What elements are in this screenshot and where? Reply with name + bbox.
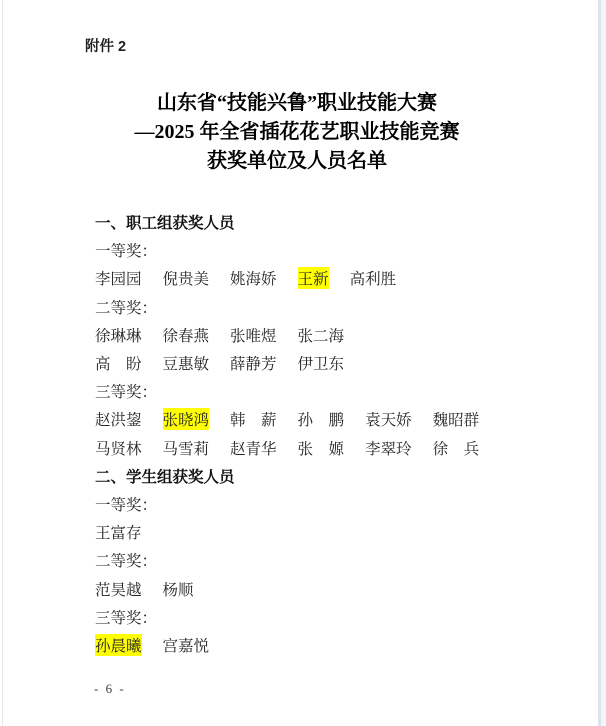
name: 高 盼 (95, 352, 142, 374)
name: 范昊越 (95, 578, 142, 600)
name: 李翠玲 (365, 437, 412, 459)
name-highlighted: 孙晨曦 (95, 634, 142, 656)
attachment-label: 附件 2 (85, 35, 126, 56)
names-row: 徐琳琳徐春燕张唯煜张二海 (95, 321, 556, 349)
award-label: 二等奖： (95, 546, 556, 574)
name: 马贤林 (95, 437, 142, 459)
title-line-3: 获奖单位及人员名单 (0, 147, 594, 176)
name: 宫嘉悦 (163, 634, 210, 656)
name: 薛静芳 (230, 352, 277, 374)
name: 魏昭群 (433, 408, 480, 430)
title-line-1: 山东省“技能兴鲁”职业技能大赛 (0, 89, 594, 118)
name: 徐琳琳 (95, 324, 142, 346)
name: 徐 兵 (433, 437, 480, 459)
award-label: 三等奖： (95, 377, 556, 405)
name: 李园园 (95, 267, 142, 289)
award-label: 一等奖： (95, 490, 556, 518)
name: 杨顺 (163, 578, 194, 600)
name: 豆惠敏 (163, 352, 210, 374)
name: 张 嫄 (298, 437, 345, 459)
award-label: 一等奖： (95, 236, 556, 264)
name: 赵青华 (230, 437, 277, 459)
name: 张二海 (298, 324, 345, 346)
names-row: 李园园倪贵美姚海娇王新高利胜 (95, 264, 556, 292)
name: 袁天娇 (365, 408, 412, 430)
names-row: 赵洪鋆张晓鸿韩 薪孙 鹏袁天娇魏昭群 (95, 405, 556, 433)
page-number: - 6 - (94, 681, 126, 697)
names-row: 马贤林马雪莉赵青华张 嫄李翠玲徐 兵 (95, 434, 556, 462)
name: 王富存 (95, 521, 142, 543)
name: 韩 薪 (230, 408, 277, 430)
name: 孙 鹏 (298, 408, 345, 430)
names-row: 高 盼豆惠敏薛静芳伊卫东 (95, 349, 556, 377)
name: 姚海娇 (230, 267, 277, 289)
name: 倪贵美 (163, 267, 210, 289)
award-label: 二等奖： (95, 293, 556, 321)
names-row: 孙晨曦宫嘉悦 (95, 631, 556, 659)
section-heading: 一、职工组获奖人员 (95, 208, 556, 236)
name: 伊卫东 (298, 352, 345, 374)
name: 高利胜 (350, 267, 397, 289)
name: 赵洪鋆 (95, 408, 142, 430)
section-heading: 二、学生组获奖人员 (95, 462, 556, 490)
award-label: 三等奖： (95, 603, 556, 631)
names-row: 范昊越杨顺 (95, 574, 556, 602)
document-title: 山东省“技能兴鲁”职业技能大赛 —2025 年全省插花花艺职业技能竞赛 获奖单位… (0, 89, 594, 176)
name: 马雪莉 (163, 437, 210, 459)
name-highlighted: 张晓鸿 (163, 408, 210, 430)
names-row: 王富存 (95, 518, 556, 546)
page-right-edge-outer (601, 0, 606, 726)
name-highlighted: 王新 (298, 267, 329, 289)
document-body: 一、职工组获奖人员一等奖：李园园倪贵美姚海娇王新高利胜二等奖：徐琳琳徐春燕张唯煜… (95, 208, 556, 659)
document-page: 附件 2 山东省“技能兴鲁”职业技能大赛 —2025 年全省插花花艺职业技能竞赛… (0, 0, 606, 726)
title-line-2: —2025 年全省插花花艺职业技能竞赛 (0, 118, 594, 147)
name: 徐春燕 (163, 324, 210, 346)
name: 张唯煜 (230, 324, 277, 346)
